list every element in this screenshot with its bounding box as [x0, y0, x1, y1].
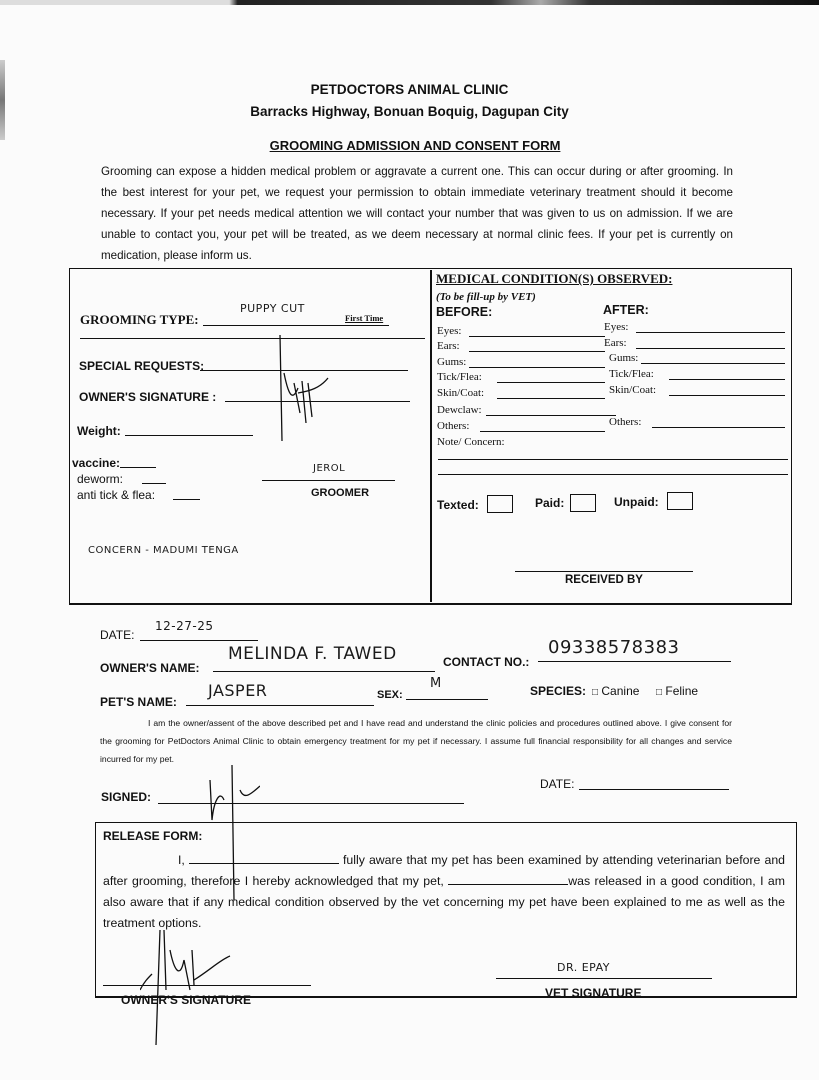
scan-top-edge — [0, 0, 819, 5]
deworm-line[interactable] — [142, 483, 166, 484]
consent-date-line[interactable] — [579, 789, 729, 790]
concern-note: CONCERN - MADUMI TENGA — [88, 545, 239, 556]
species-option-feline[interactable]: □ Feline — [656, 684, 698, 698]
weight-line[interactable] — [125, 435, 253, 436]
after-field-line[interactable] — [636, 332, 785, 333]
before-field-label: Skin/Coat: — [437, 387, 484, 399]
vet-signature-line[interactable] — [496, 978, 712, 979]
vet-name: DR. EPAY — [557, 961, 610, 974]
owner-name-label: OWNER'S NAME: — [100, 661, 200, 675]
grooming-type-value[interactable]: PUPPY CUT — [240, 302, 305, 315]
sex-line[interactable] — [406, 699, 488, 700]
before-field-label: Ears: — [437, 340, 460, 352]
grooming-type-label: GROOMING TYPE: — [80, 312, 199, 328]
before-field-line[interactable] — [469, 336, 605, 337]
deworm-label: deworm: — [77, 472, 123, 486]
before-field-line[interactable] — [486, 415, 616, 416]
form-title: GROOMING ADMISSION AND CONSENT FORM — [0, 138, 819, 153]
grooming-type-line — [203, 325, 389, 326]
owner-name-value[interactable]: MELINDA F. TAWED — [228, 644, 397, 664]
pet-name-value[interactable]: JASPER — [208, 681, 267, 700]
owner-signature-scribble — [270, 333, 330, 443]
after-field-line[interactable] — [669, 379, 785, 380]
anti-tick-flea-line[interactable] — [173, 499, 200, 500]
medical-title: MEDICAL CONDITION(S) OBSERVED: — [436, 271, 672, 287]
note-concern-label: Note/ Concern: — [437, 436, 505, 448]
clinic-name: PETDOCTORS ANIMAL CLINIC — [0, 82, 819, 97]
received-by-line[interactable] — [515, 571, 693, 572]
checkbox-icon: □ — [592, 687, 598, 698]
after-field-label: Gums: — [609, 352, 638, 364]
unpaid-checkbox[interactable] — [667, 492, 693, 510]
before-field-label: Dewclaw: — [437, 404, 482, 416]
texted-label: Texted: — [437, 498, 479, 512]
sex-value[interactable]: M — [430, 676, 442, 691]
medical-subtitle: (To be fill-up by VET) — [436, 291, 536, 303]
owner-signature-label: OWNER'S SIGNATURE : — [79, 390, 216, 404]
before-field-label: Eyes: — [437, 325, 461, 337]
date-line[interactable] — [140, 640, 258, 641]
checkbox-icon: □ — [656, 687, 662, 698]
note-line-1[interactable] — [438, 459, 788, 460]
before-field-line[interactable] — [469, 367, 605, 368]
first-time-label: First Time — [345, 313, 383, 323]
species-option-canine[interactable]: □ Canine — [592, 684, 639, 698]
owner-name-line[interactable] — [213, 671, 435, 672]
signature-scribble — [140, 760, 260, 1050]
consent-date-label: DATE: — [540, 777, 574, 791]
before-field-label: Others: — [437, 420, 469, 432]
release-pet-blank[interactable] — [448, 874, 568, 885]
contact-value[interactable]: 09338578383 — [548, 637, 679, 658]
date-value[interactable]: 12-27-25 — [155, 619, 213, 633]
scan-left-edge — [0, 60, 5, 140]
clinic-address: Barracks Highway, Bonuan Boquig, Dagupan… — [0, 104, 819, 119]
intro-paragraph: Grooming can expose a hidden medical pro… — [101, 161, 733, 266]
anti-tick-flea-label: anti tick & flea: — [77, 488, 155, 502]
paid-label: Paid: — [535, 496, 564, 510]
contact-label: CONTACT NO.: — [443, 655, 529, 669]
after-field-label: Skin/Coat: — [609, 384, 656, 396]
before-field-label: Gums: — [437, 356, 466, 368]
before-field-label: Tick/Flea: — [437, 371, 482, 383]
before-field-line[interactable] — [480, 431, 605, 432]
unpaid-label: Unpaid: — [614, 495, 659, 509]
paid-checkbox[interactable] — [570, 494, 596, 512]
after-field-line[interactable] — [636, 348, 785, 349]
before-label: BEFORE: — [436, 305, 492, 319]
pet-name-label: PET'S NAME: — [100, 695, 177, 709]
after-field-line[interactable] — [669, 395, 785, 396]
vet-signature-label: VET SIGNATURE — [545, 986, 641, 1000]
groomer-line[interactable] — [262, 480, 395, 481]
species-label: SPECIES: — [530, 684, 586, 698]
after-field-label: Eyes: — [604, 321, 628, 333]
received-by-label: RECEIVED BY — [565, 574, 643, 586]
before-field-line[interactable] — [497, 382, 605, 383]
pet-name-line[interactable] — [186, 705, 374, 706]
groomer-name: JEROL — [313, 463, 345, 474]
after-field-label: Tick/Flea: — [609, 368, 654, 380]
vaccine-label: vaccine: — [72, 456, 120, 470]
texted-checkbox[interactable] — [487, 495, 513, 513]
note-line-2[interactable] — [438, 474, 788, 475]
weight-label: Weight: — [77, 424, 121, 438]
vaccine-line[interactable] — [120, 467, 156, 468]
after-field-line[interactable] — [652, 427, 785, 428]
contact-line[interactable] — [538, 661, 731, 662]
after-field-line[interactable] — [641, 363, 785, 364]
sex-label: SEX: — [377, 689, 403, 701]
grooming-extra-line — [80, 338, 425, 339]
after-label: AFTER: — [603, 303, 649, 317]
special-requests-label: SPECIAL REQUESTS: — [79, 359, 204, 373]
before-field-line[interactable] — [469, 351, 605, 352]
after-field-label: Others: — [609, 416, 641, 428]
column-divider — [430, 270, 432, 602]
after-field-label: Ears: — [604, 337, 627, 349]
groomer-label: GROOMER — [311, 487, 369, 499]
before-field-line[interactable] — [497, 398, 605, 399]
date-label: DATE: — [100, 628, 134, 642]
